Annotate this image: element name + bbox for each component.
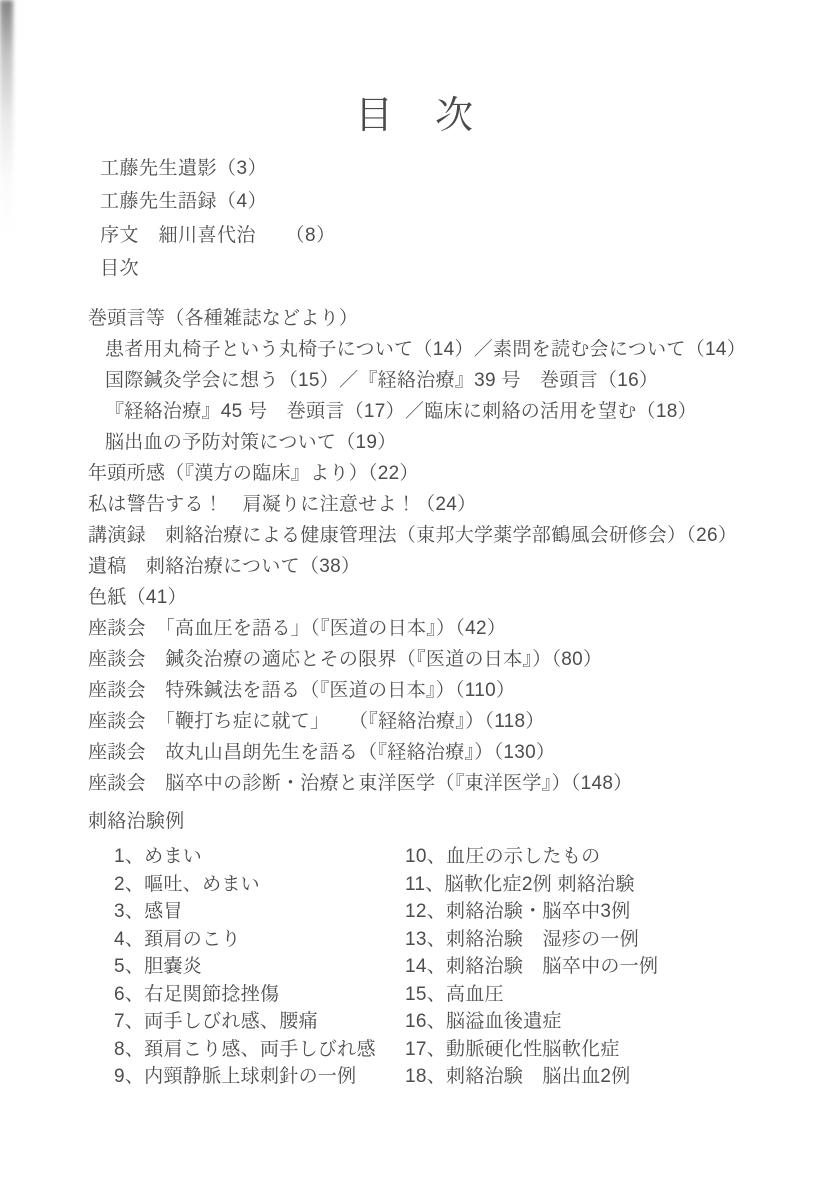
- case-item: 10、血圧の示したもの: [405, 843, 658, 871]
- case-item: 16、脳溢血後遺症: [405, 1008, 658, 1036]
- toc-item: 座談会 鍼灸治療の適応とその限界（『医道の日本』）（80）: [88, 644, 746, 675]
- toc-item: 座談会 故丸山昌朗先生を語る（『経絡治療』）（130）: [88, 737, 746, 768]
- case-list-left: 1、めまい2、嘔吐、めまい3、感冒4、頚肩のこり5、胆嚢炎6、右足関節捻挫傷7、…: [88, 843, 405, 1091]
- toc-list: 巻頭言等（各種雑誌などより）患者用丸椅子という丸椅子について（14）／素問を読む…: [88, 303, 746, 799]
- case-item: 8、頚肩こり感、両手しびれ感: [114, 1036, 405, 1064]
- case-item: 7、両手しびれ感、腰痛: [114, 1008, 405, 1036]
- cases-section: 刺絡治験例 1、めまい2、嘔吐、めまい3、感冒4、頚肩のこり5、胆嚢炎6、右足関…: [88, 810, 658, 1091]
- case-item: 12、刺絡治験・脳卒中3例: [405, 898, 658, 926]
- toc-item: 脳出血の予防対策について（19）: [88, 427, 746, 458]
- front-matter-item: 目次: [100, 252, 336, 285]
- case-item: 1、めまい: [114, 843, 405, 871]
- case-item: 13、刺絡治験 湿疹の一例: [405, 926, 658, 954]
- cases-columns: 1、めまい2、嘔吐、めまい3、感冒4、頚肩のこり5、胆嚢炎6、右足関節捻挫傷7、…: [88, 843, 658, 1091]
- case-item: 11、脳軟化症2例 刺絡治験: [405, 871, 658, 899]
- toc-item: 座談会 「鞭打ち症に就て」 （『経絡治療』）（118）: [88, 706, 746, 737]
- toc-item: 座談会 「高血圧を語る」（『医道の日本』）（42）: [88, 613, 746, 644]
- toc-item: 年頭所感（『漢方の臨床』より）（22）: [88, 458, 746, 489]
- toc-item: 色紙（41）: [88, 582, 746, 613]
- case-item: 18、刺絡治験 脳出血2例: [405, 1063, 658, 1091]
- toc-item: 巻頭言等（各種雑誌などより）: [88, 303, 746, 334]
- toc-item: 遺稿 刺絡治療について（38）: [88, 551, 746, 582]
- toc-item: 座談会 脳卒中の診断・治療と東洋医学（『東洋医学』）（148）: [88, 768, 746, 799]
- case-item: 6、右足関節捻挫傷: [114, 981, 405, 1009]
- case-list-right: 10、血圧の示したもの11、脳軟化症2例 刺絡治験12、刺絡治験・脳卒中3例13…: [405, 843, 658, 1091]
- case-item: 4、頚肩のこり: [114, 926, 405, 954]
- case-item: 9、内頸静脈上球刺針の一例: [114, 1063, 405, 1091]
- toc-item: 私は警告する！ 肩凝りに注意せよ！（24）: [88, 489, 746, 520]
- front-matter-item: 工藤先生遺影（3）: [100, 152, 336, 185]
- case-item: 5、胆嚢炎: [114, 953, 405, 981]
- front-matter-item: 序文 細川喜代治 （8）: [100, 219, 336, 252]
- front-matter-list: 工藤先生遺影（3）工藤先生語録（4）序文 細川喜代治 （8）目次: [100, 152, 336, 286]
- toc-item: 国際鍼灸学会に想う（15）／『経絡治療』39 号 巻頭言（16）: [88, 365, 746, 396]
- page-title: 目 次: [0, 84, 830, 139]
- case-item: 15、高血圧: [405, 981, 658, 1009]
- toc-item: 『経絡治療』45 号 巻頭言（17）／臨床に刺絡の活用を望む（18）: [88, 396, 746, 427]
- case-item: 3、感冒: [114, 898, 405, 926]
- front-matter-item: 工藤先生語録（4）: [100, 185, 336, 218]
- case-item: 2、嘔吐、めまい: [114, 871, 405, 899]
- toc-item: 座談会 特殊鍼法を語る（『医道の日本』）（110）: [88, 675, 746, 706]
- cases-heading: 刺絡治験例: [88, 810, 658, 834]
- case-item: 17、動脈硬化性脳軟化症: [405, 1036, 658, 1064]
- toc-page: 目 次 工藤先生遺影（3）工藤先生語録（4）序文 細川喜代治 （8）目次 巻頭言…: [0, 0, 830, 1179]
- toc-item: 講演録 刺絡治療による健康管理法（東邦大学薬学部鶴風会研修会）（26）: [88, 520, 746, 551]
- toc-item: 患者用丸椅子という丸椅子について（14）／素問を読む会について（14）: [88, 334, 746, 365]
- case-item: 14、刺絡治験 脳卒中の一例: [405, 953, 658, 981]
